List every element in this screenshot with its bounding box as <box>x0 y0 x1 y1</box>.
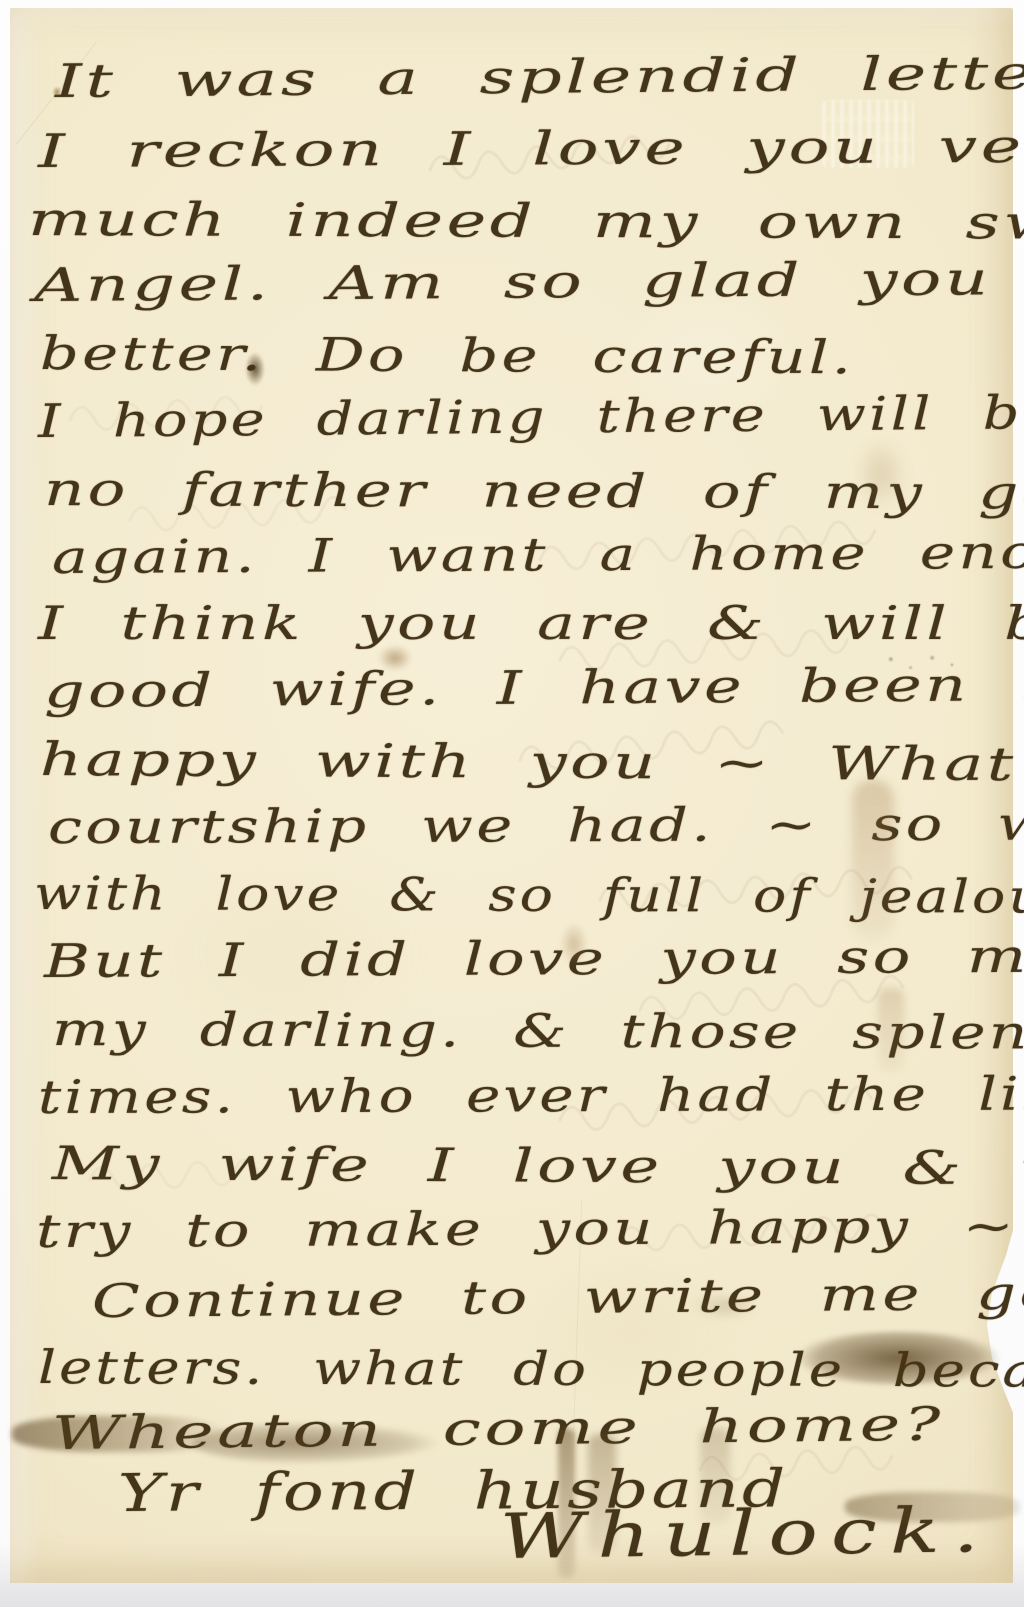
scanned-letter-page: It was a splendid letter I reckon I love… <box>0 0 1024 1607</box>
letter-paper-sheet <box>10 8 1013 1583</box>
